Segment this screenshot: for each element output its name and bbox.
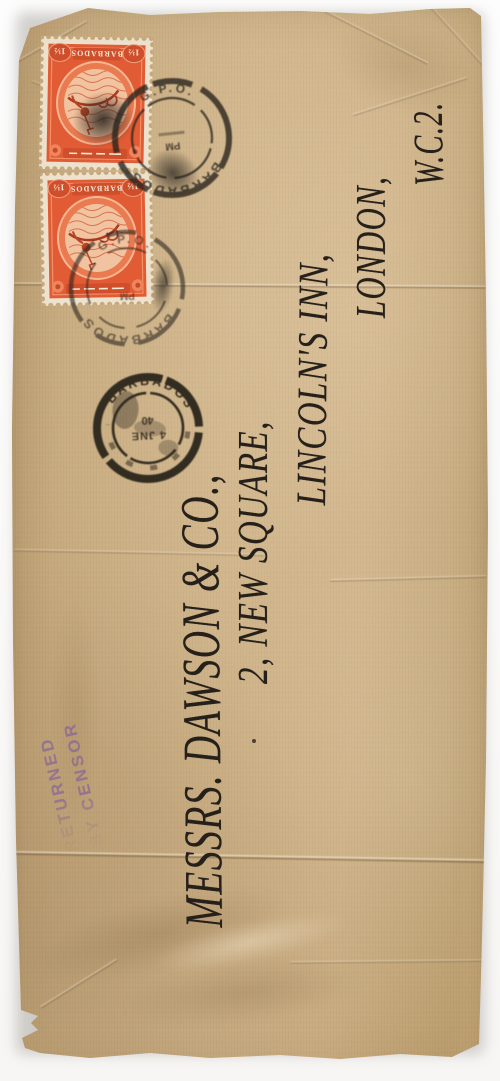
address-line-city: LONDON, xyxy=(351,176,393,318)
stamp-value: 1½ xyxy=(53,183,65,193)
postmark-gpo-mid: BARBADOS G.P.O. PM xyxy=(60,221,194,355)
address-line-postcode: W.C.2. xyxy=(408,101,451,186)
envelope-scan: 1½ 1½ BARBADOS xyxy=(0,0,500,1081)
postmark-arc-text: G.P.O. xyxy=(95,231,156,254)
stamp-value: 1½ xyxy=(128,48,140,58)
address-line-district: LINCOLN'S INN, xyxy=(291,252,336,505)
ink-dot xyxy=(252,739,256,743)
svg-text:BARBADOS: BARBADOS xyxy=(78,311,179,350)
svg-text:G.P.O.: G.P.O. xyxy=(95,231,156,254)
censor-handstamp: RETURNED BY CENSOR xyxy=(31,719,109,855)
postmark-arc-text: BARBADOS xyxy=(78,311,179,350)
fold-crease xyxy=(330,575,486,582)
postmark-time: PM xyxy=(120,290,135,302)
stamp-value: 1½ xyxy=(54,46,66,56)
address-line-recipient: MESSRS. DAWSON & CO., xyxy=(172,473,231,928)
address-line-street: 2, NEW SQUARE, xyxy=(233,420,275,684)
fold-crease xyxy=(14,851,486,863)
envelope: 1½ 1½ BARBADOS xyxy=(0,0,500,1081)
stamp-country-label: BARBADOS xyxy=(71,49,124,59)
fold-crease xyxy=(290,959,486,964)
